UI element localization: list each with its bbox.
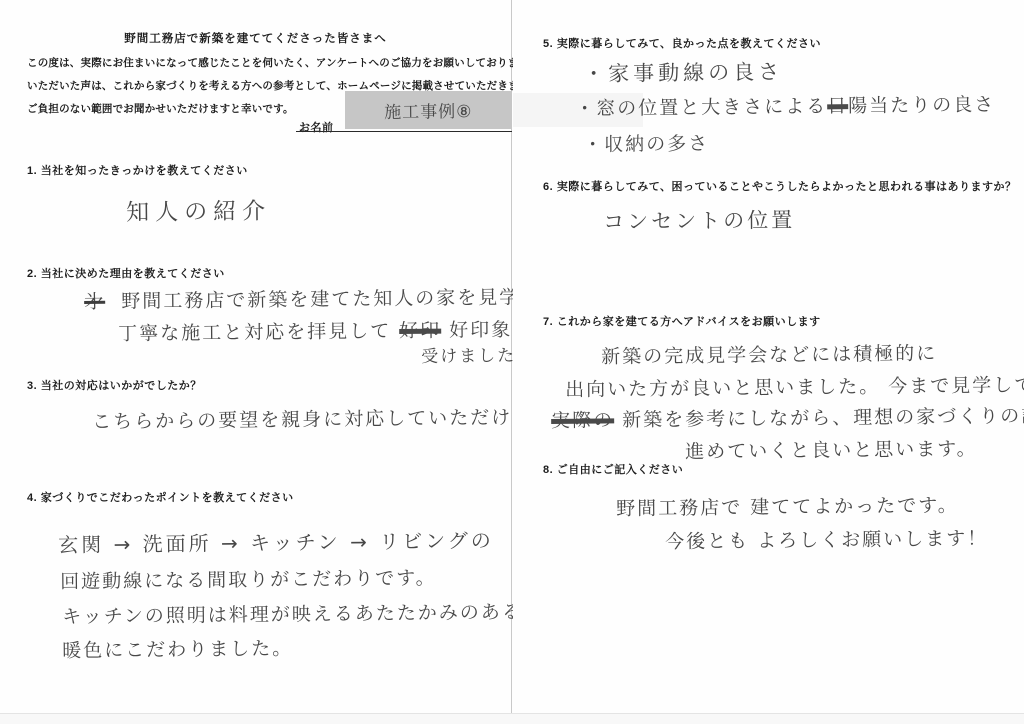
answer-7-line-2: 出向いた方が良いと思いました。 今まで見学してきた — [565, 370, 1024, 402]
page-title: 野間工務店で新築を建ててくださった皆さまへ — [0, 30, 511, 46]
intro-line-1: この度は、実際にお住まいになって感じたことを伺いたく、アンケートへのご協力をお願… — [27, 55, 539, 70]
answer-5-item-3: ・収納の多さ — [583, 129, 709, 157]
answer-8-line-2: 今後とも よろしくお願いします！ — [665, 524, 988, 554]
answer-6-handwriting: コンセントの位置 — [603, 204, 795, 236]
question-7-label: 7. これから家を建てる方へアドバイスをお願いします — [543, 313, 821, 329]
answer-4-line-2: 回遊動線になる間取りがこだわりです。 — [60, 563, 437, 594]
question-1-label: 1. 当社を知ったきっかけを教えてください — [27, 162, 248, 178]
name-label: お名前 — [299, 119, 334, 135]
answer-1-handwriting: 知人の紹介 — [126, 192, 271, 227]
answer-7-line-4: 進めていくと良いと思います。 — [685, 434, 978, 464]
survey-page-left: 野間工務店で新築を建ててくださった皆さまへ この度は、実際にお住まいになって感じ… — [0, 0, 512, 724]
name-value-handwritten: 施工事例⑧ — [384, 97, 473, 123]
answer-4-line-4: 暖色にこだわりました。 — [62, 634, 293, 663]
name-redaction-box: 施工事例⑧ — [345, 91, 512, 129]
answer-8-line-1: 野間工務店で 建ててよかったです。 — [616, 490, 959, 521]
answer-7-line-1: 新築の完成見学会などには積極的に — [601, 338, 937, 369]
answer-2-struck-start: 㐧 — [84, 291, 105, 313]
bullet-1: ・ — [583, 62, 608, 86]
answer-5-struck-char: 日 — [827, 95, 848, 117]
scan-bottom-edge — [0, 713, 1024, 724]
scanned-survey-document: 野間工務店で新築を建ててくださった皆さまへ この度は、実際にお住まいになって感じ… — [0, 0, 1024, 724]
question-2-label: 2. 当社に決めた理由を教えてください — [27, 265, 225, 281]
question-8-label: 8. ご自由にご記入ください — [543, 461, 683, 477]
question-6-label: 6. 実際に暮らしてみて、困っていることやこうしたらよかったと思われる事はありま… — [543, 178, 1017, 194]
answer-5-item-2: ・窓の位置と大きさによる日陽当たりの良さ — [575, 90, 995, 121]
answer-7-struck-word: 実際の — [551, 409, 614, 432]
question-4-label: 4. 家づくりでこだわったポイントを教えてください — [27, 489, 294, 505]
question-3-label: 3. 当社の対応はいかがでしたか？ — [27, 377, 202, 393]
question-5-label: 5. 実際に暮らしてみて、良かった点を教えてください — [543, 35, 821, 51]
answer-7-line-3: 実際の 新築を参考にしながら、理想の家づくりの計画を — [551, 400, 1024, 433]
bullet-3: ・ — [583, 134, 604, 156]
name-field-underline — [296, 131, 512, 132]
survey-page-right: 5. 実際に暮らしてみて、良かった点を教えてください ・家事動線の良さ ・窓の位… — [513, 0, 1024, 724]
answer-2-struck-word: 好印 — [399, 320, 441, 342]
intro-line-3: ご負担のない範囲でお聞かせいただけますと幸いです。 — [27, 101, 294, 116]
answer-4-line-1: 玄関 → 洗面所 → キッチン → リビングの — [58, 524, 494, 558]
bullet-2: ・ — [575, 98, 596, 120]
answer-5-item-1: ・家事動線の良さ — [583, 56, 783, 88]
answer-4-line-3: キッチンの照明は料理が映えるあたたかみのある — [62, 597, 523, 629]
